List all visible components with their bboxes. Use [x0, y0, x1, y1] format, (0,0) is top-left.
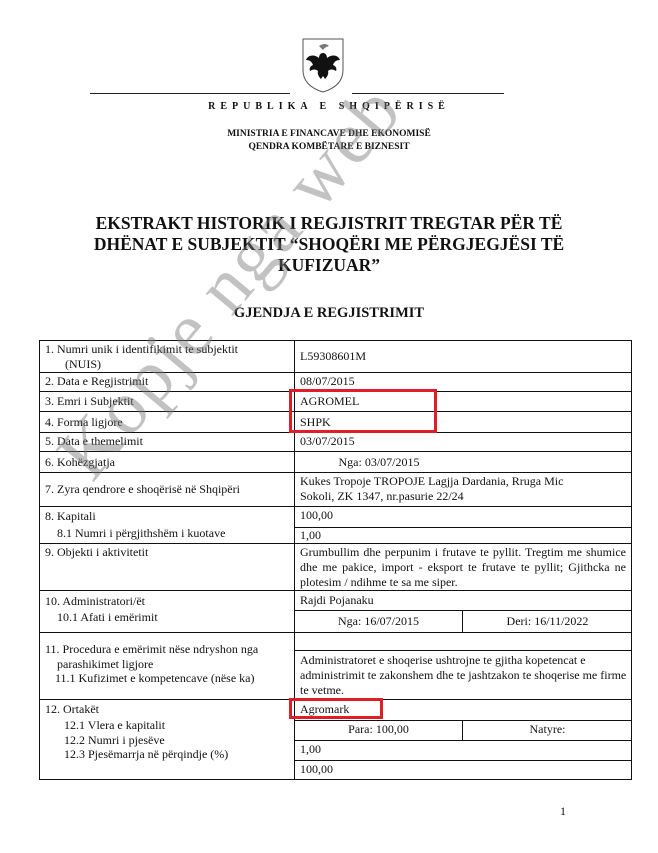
highlight-name-form: [289, 389, 437, 433]
administrators-label: 10. Administratori/ët: [45, 594, 145, 609]
subject-name-label: 3. Emri i Subjektit: [45, 394, 134, 409]
highlight-partner: [289, 698, 383, 719]
restrictions-value: Administratoret e shoqerise ushtrojne te…: [300, 653, 628, 698]
term-to: Deri: 16/11/2022: [463, 614, 632, 629]
headquarters-value: Kukes Tropoje TROPOJE Lagjja Dardania, R…: [300, 474, 563, 503]
title-line-3: KUFIZUAR”: [40, 255, 618, 276]
legal-form-label: 4. Forma ligjore: [45, 415, 123, 430]
nuis-value: L59308601M: [300, 349, 366, 364]
partner-cash-capital: Para: 100,00: [295, 722, 462, 737]
ministry-heading: MINISTRIA E FINANCAVE DHE EKONOMISË QEND…: [0, 128, 658, 154]
header-rule-right: [352, 93, 504, 94]
procedure-label: 11. Procedura e emërimit nëse ndryshon n…: [45, 642, 258, 686]
partner-percentage: 100,00: [300, 762, 333, 777]
header-rule-left: [90, 93, 290, 94]
title-line-1: EKSTRAKT HISTORIK I REGJISTRIT TREGTAR P…: [40, 213, 618, 234]
partner-shares: 1,00: [300, 742, 321, 757]
appointment-term-label: 10.1 Afati i emërimit: [57, 610, 158, 625]
founding-date-label: 5. Data e themelimit: [45, 434, 143, 449]
title-line-2: DHËNAT E SUBJEKTIT “SHOQËRI ME PËRGJEGJË…: [40, 234, 618, 255]
duration-label: 6. Kohëzgjatja: [45, 455, 115, 470]
activity-value: Grumbullim dhe perpunim i frutave te pyl…: [300, 545, 626, 590]
center-line: QENDRA KOMBËTARE E BIZNESIT: [0, 141, 658, 154]
partner-in-kind-capital: Natyre:: [463, 722, 632, 737]
page-number: 1: [560, 804, 566, 819]
duration-value: Nga: 03/07/2015: [295, 455, 463, 470]
section-title: GJENDJA E REGJISTRIMIT: [0, 305, 658, 322]
capital-label: 8. Kapitali: [45, 509, 96, 524]
albanian-eagle-emblem-icon: [300, 36, 346, 94]
capital-value: 100,00: [300, 508, 333, 523]
document-title: EKSTRAKT HISTORIK I REGJISTRIT TREGTAR P…: [40, 213, 618, 276]
founding-date-value: 03/07/2015: [300, 434, 355, 449]
activity-label: 9. Objekti i aktivitetit: [45, 545, 148, 560]
reg-date-label: 2. Data e Regjistrimit: [45, 374, 148, 389]
reg-date-value: 08/07/2015: [300, 374, 355, 389]
term-from: Nga: 16/07/2015: [295, 614, 462, 629]
quotas-value: 1,00: [300, 528, 321, 543]
quotas-label: 8.1 Numri i përgjithshëm i kuotave: [57, 526, 225, 541]
headquarters-label: 7. Zyra qendrore e shoqërisë në Shqipëri: [45, 482, 240, 497]
nuis-label: 1. Numri unik i identifikimit te subjekt…: [45, 342, 238, 371]
ministry-line: MINISTRIA E FINANCAVE DHE EKONOMISË: [0, 128, 658, 141]
republic-heading: REPUBLIKA E SHQIPËRISË: [0, 101, 658, 112]
administrator-name: Rajdi Pojanaku: [300, 593, 374, 608]
registration-table: 1. Numri unik i identifikimit te subjekt…: [39, 340, 632, 780]
partners-label: 12. Ortakët 12.1 Vlera e kapitalit 12.2 …: [45, 702, 228, 761]
